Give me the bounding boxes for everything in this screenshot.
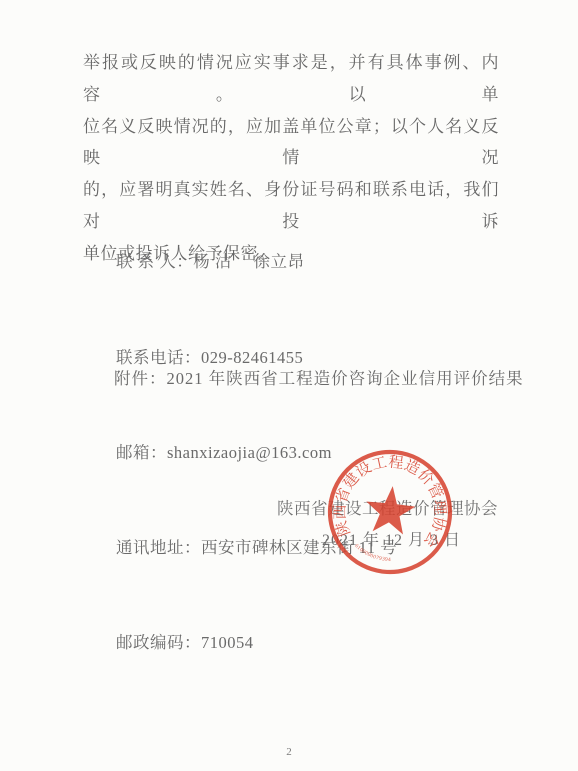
contact-email-line: 邮箱：shanxizaojia@163.com <box>116 437 397 469</box>
contact-person-line: 联 系 人：杨 沽 徐立昂 <box>116 246 397 278</box>
signature-date: 2021 年 12 月 3 日 <box>322 533 461 549</box>
scanned-document-page: 举报或反映的情况应实事求是，并有具体事例、内容。以单 位名义反映情况的，应加盖单… <box>0 0 578 771</box>
page-number: 2 <box>0 747 578 758</box>
body-line: 位名义反映情况的，应加盖单位公章；以个人名义反映情况 <box>83 111 499 175</box>
body-line: 举报或反映的情况应实事求是，并有具体事例、内容。以单 <box>83 47 499 111</box>
attachment-line: 附件：2021 年陕西省工程造价咨询企业信用评价结果 <box>114 371 524 388</box>
contact-info-block: 联 系 人：杨 沽 徐立昂 联系电话：029-82461455 邮箱：shanx… <box>116 183 397 722</box>
contact-postcode-line: 邮政编码：710054 <box>116 627 397 659</box>
signature-organization: 陕西省建设工程造价管理协会 <box>277 501 498 518</box>
